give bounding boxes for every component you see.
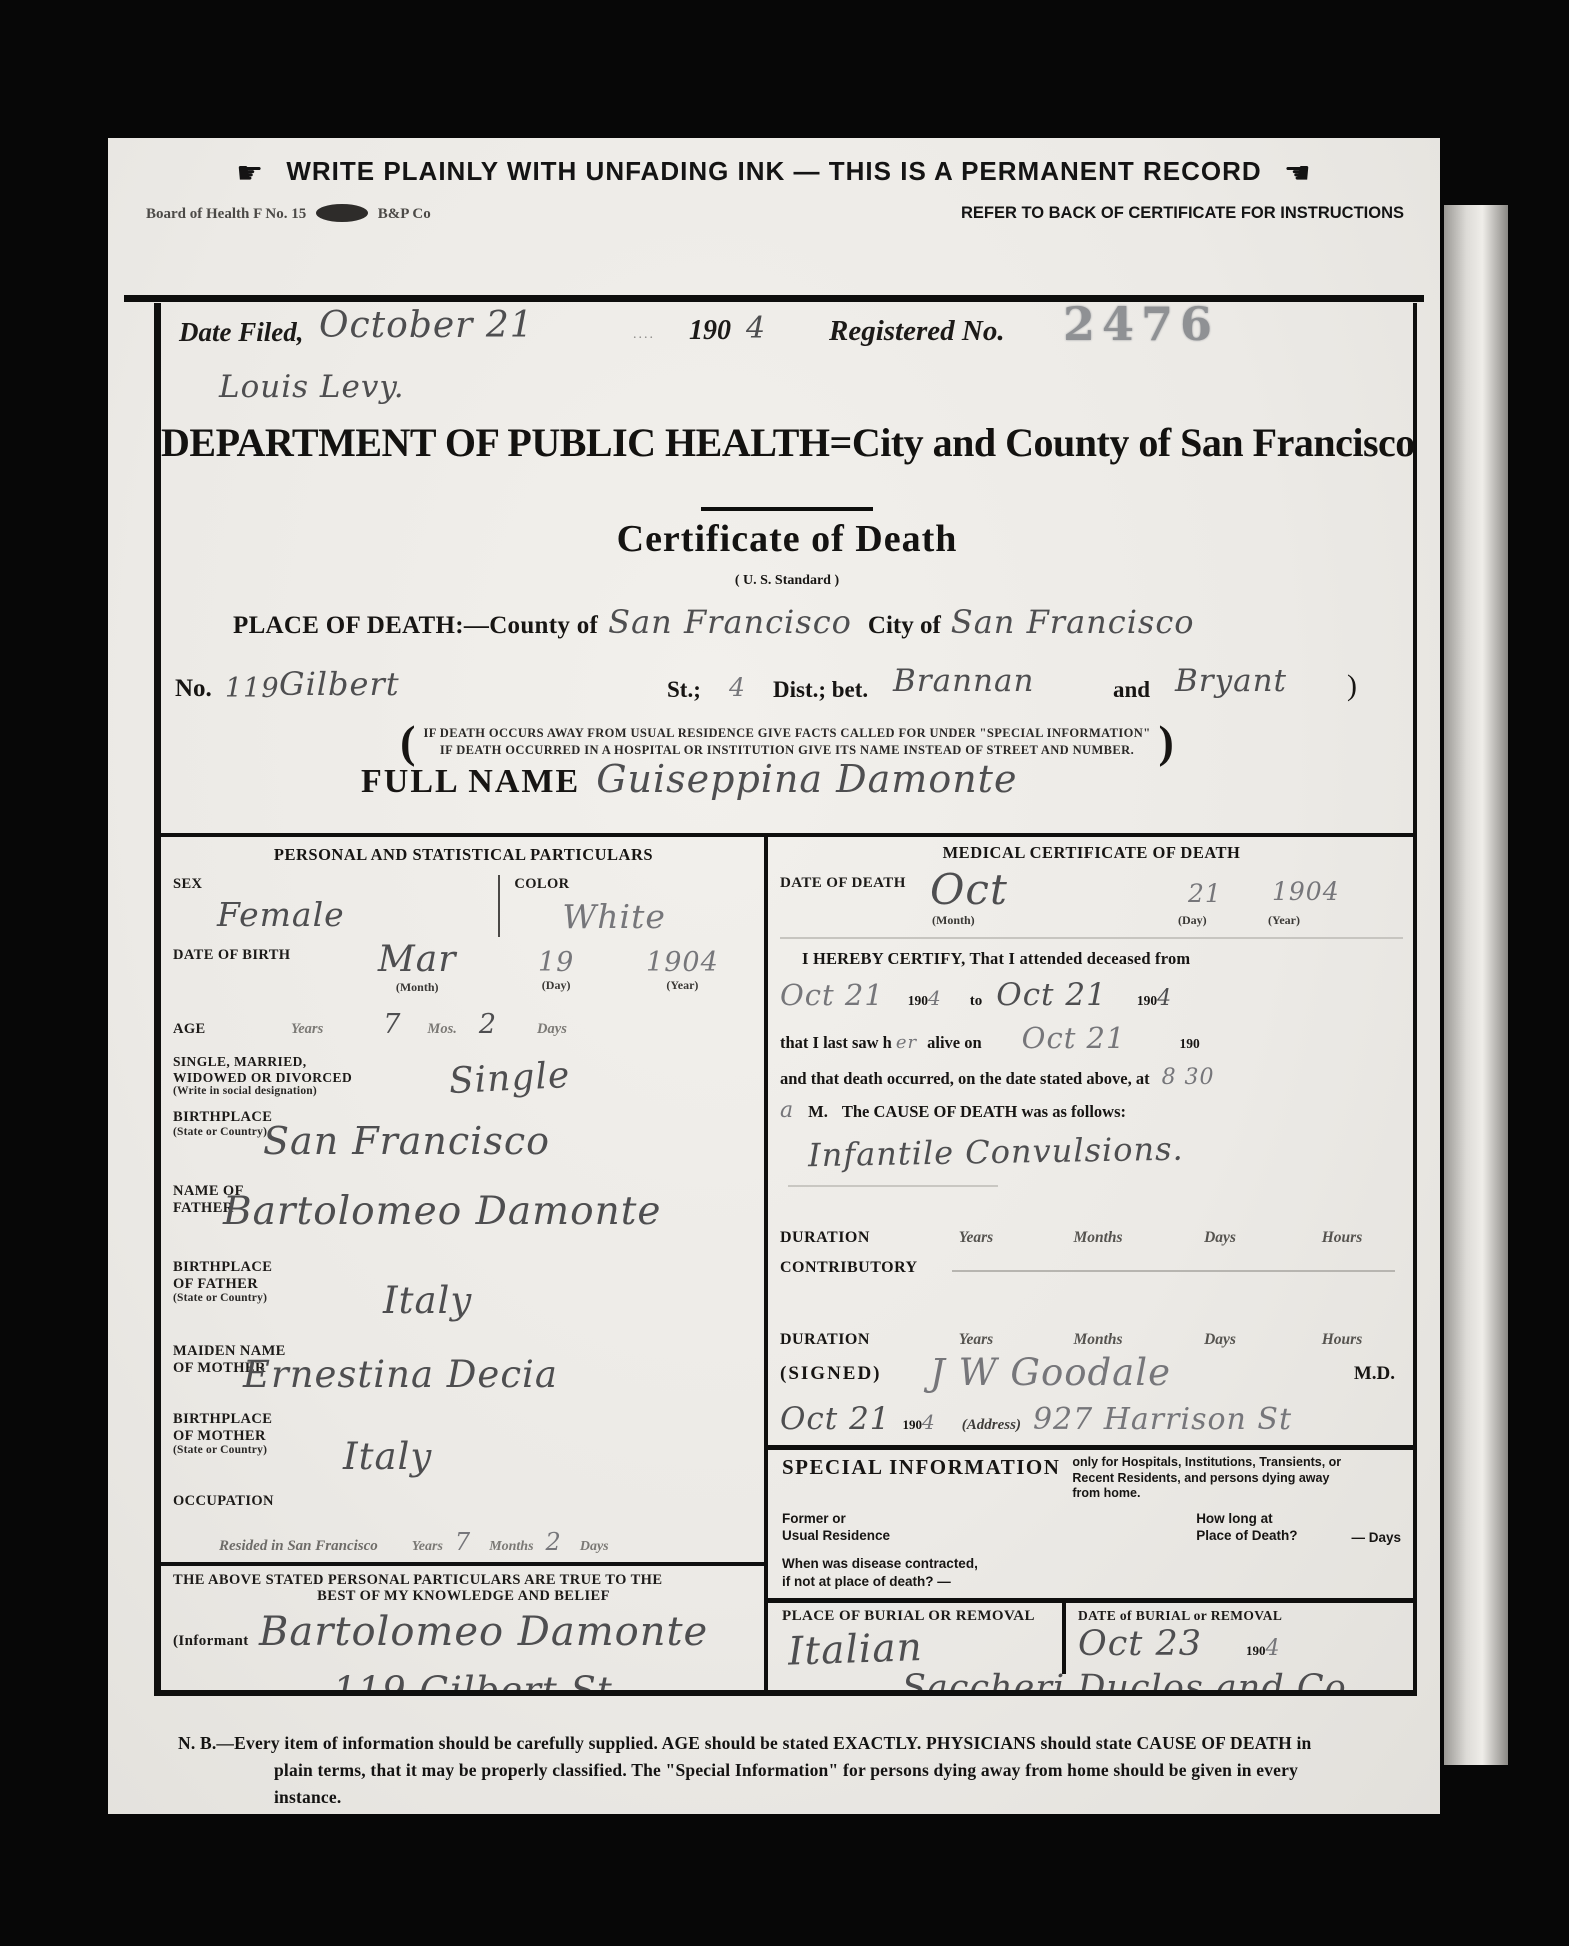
informant-address-row: (Address 119 Gilbert St: [173, 1671, 754, 1690]
certificate-page: ☛ WRITE PLAINLY WITH UNFADING INK — THIS…: [108, 138, 1440, 1814]
filing-row: Date Filed, October 21 .... 190 4 Regist…: [161, 303, 1413, 367]
informant-value: Bartolomeo Damonte: [259, 1609, 708, 1655]
resided-years-value: 7: [455, 1528, 471, 1556]
street-no-label: No.: [175, 675, 212, 703]
dob-year: 1904: [611, 939, 754, 978]
duration-row-1: DURATION Years Months Days Hours: [780, 1229, 1403, 1247]
duration2-years: Years: [915, 1331, 1037, 1349]
occupation-label: OCCUPATION: [173, 1493, 754, 1510]
occurred-text: and that death occurred, on the date sta…: [780, 1069, 1150, 1089]
board-left-text: Board of Health F No. 15: [146, 206, 306, 222]
birthplace-row: BIRTHPLACE (State or Country) San Franci…: [173, 1107, 754, 1179]
scanned-death-certificate: ☛ WRITE PLAINLY WITH UNFADING INK — THIS…: [0, 0, 1569, 1946]
st-label: St.;: [667, 677, 701, 703]
manicule-left-icon: ☚: [1284, 156, 1312, 191]
signed-row: (SIGNED) J W Goodale M.D.: [780, 1351, 1403, 1399]
dod-month-caption: (Month): [932, 913, 975, 928]
burial-date-value: Oct 23: [1078, 1624, 1202, 1664]
board-left: Board of Health F No. 15 B&P Co: [146, 204, 431, 223]
sex-label: SEX: [173, 876, 202, 892]
days-suffix: — Days: [1351, 1530, 1401, 1545]
former-line-1: Former or: [782, 1510, 890, 1528]
certificate-title: Certificate of Death: [161, 517, 1413, 561]
duration-label-1: DURATION: [780, 1229, 915, 1247]
personal-header: PERSONAL AND STATISTICAL PARTICULARS: [173, 845, 754, 865]
how-long-label: How long at Place of Death?: [1196, 1510, 1297, 1545]
undertaker-value: Saccheri Duclos and Co: [902, 1668, 1347, 1690]
dob-label: DATE OF BIRTH: [173, 939, 333, 995]
dod-day-caption: (Day): [1178, 913, 1207, 928]
burial-year-printed: 190: [1246, 1643, 1266, 1659]
dod-year-written: 4: [1323, 877, 1340, 906]
attended-to-year-written: 4: [1157, 986, 1172, 1011]
truth-line-2: BEST OF MY KNOWLEDGE AND BELIEF: [173, 1588, 754, 1605]
attended-dates-line: Oct 21 190 4 to Oct 21 190 4: [780, 977, 1403, 1013]
note-paren-close: ): [1159, 715, 1174, 768]
columns: PERSONAL AND STATISTICAL PARTICULARS SEX…: [161, 833, 1413, 1690]
dob-day-caption: (Day): [501, 978, 610, 993]
age-mos-label: Mos.: [427, 1021, 456, 1038]
between-street-b: Bryant: [1175, 663, 1287, 699]
street-row: No. 119 Gilbert St.; 4 Dist.; bet. Brann…: [161, 663, 1413, 713]
registered-no-label: Registered No.: [829, 315, 1005, 348]
place-of-death-row: PLACE OF DEATH:—County of San Francisco …: [233, 603, 1195, 641]
attended-to-date: Oct 21: [996, 977, 1107, 1013]
between-street-a: Brannan: [893, 663, 1034, 699]
district-label: Dist.; bet.: [773, 677, 868, 703]
certify-line: I HEREBY CERTIFY, That I attended deceas…: [780, 949, 1403, 969]
resided-years-label: Years: [412, 1539, 443, 1555]
mother-name-row: MAIDEN NAME OF MOTHER Ernestina Decia: [173, 1339, 754, 1411]
top-rule: [124, 295, 1424, 302]
full-name-value: Guiseppina Damonte: [596, 757, 1017, 801]
burial-section: PLACE OF BURIAL OR REMOVAL Italian DATE …: [768, 1598, 1413, 1674]
signed-date: Oct 21: [780, 1401, 891, 1437]
date-filed-value: October 21: [319, 305, 534, 346]
mother-bp-label: BIRTHPLACE: [173, 1411, 272, 1428]
personal-divider: [161, 1562, 764, 1566]
title-rule: [701, 507, 873, 511]
contracted-line-2: if not at place of death? —: [782, 1573, 1401, 1591]
informant-label: (Informant: [173, 1633, 249, 1650]
dod-month: Oct: [930, 865, 1008, 914]
refer-text: REFER TO BACK OF CERTIFICATE FOR INSTRUC…: [961, 204, 1404, 223]
resided-months-value: 2: [546, 1528, 562, 1556]
age-label: AGE: [173, 1021, 291, 1038]
undertaker-row: UNDERTAKER Saccheri Duclos and Co: [780, 1672, 1403, 1690]
place-county-value: San Francisco: [608, 603, 852, 641]
attended-from-date: Oct 21: [780, 978, 884, 1012]
last-saw-date: Oct 21: [1022, 1021, 1126, 1055]
cause-intro-line: a M. The CAUSE OF DEATH was as follows:: [780, 1098, 1403, 1123]
age-years-label: Years: [291, 1021, 323, 1038]
nb-footnote: N. B.—Every item of information should b…: [178, 1730, 1318, 1811]
color-label: COLOR: [514, 876, 569, 892]
board-stamp-icon: [316, 204, 368, 222]
time-value: 8 30: [1162, 1065, 1215, 1090]
duration1-months: Months: [1037, 1229, 1159, 1247]
blank-line: [788, 1185, 998, 1187]
former-residence-label: Former or Usual Residence: [782, 1510, 890, 1545]
to-label: to: [970, 993, 983, 1010]
place-of-death-label: PLACE OF DEATH:—County of: [233, 612, 598, 640]
last-saw-year: 190: [1179, 1036, 1199, 1052]
truth-line-1: THE ABOVE STATED PERSONAL PARTICULARS AR…: [173, 1572, 754, 1589]
board-left-text2: B&P Co: [378, 206, 431, 222]
father-value: Bartolomeo Damonte: [223, 1189, 661, 1234]
resided-label: Resided in San Francisco: [219, 1538, 378, 1555]
father-birthplace-row: BIRTHPLACE OF FATHER (State or Country) …: [173, 1257, 754, 1339]
marital-row: SINGLE, MARRIED, WIDOWED OR DIVORCED (Wr…: [173, 1054, 754, 1099]
age-days-value: 2: [479, 1009, 497, 1040]
duration1-days: Days: [1159, 1229, 1281, 1247]
signed-year-written: 4: [922, 1410, 936, 1434]
certificate-box: Date Filed, October 21 .... 190 4 Regist…: [154, 303, 1417, 1696]
resided-months-label: Months: [489, 1539, 533, 1555]
dod-year-caption: (Year): [1268, 913, 1300, 928]
informant-row: (Informant Bartolomeo Damonte: [173, 1609, 754, 1671]
m-label: M.: [808, 1102, 828, 1122]
mother-birthplace-row: BIRTHPLACE OF MOTHER (State or Country) …: [173, 1411, 754, 1491]
manicule-right-icon: ☛: [236, 156, 264, 191]
mother-bp-value: Italy: [343, 1435, 432, 1478]
contributory-label: CONTRIBUTORY: [780, 1259, 918, 1277]
special-row-1: Former or Usual Residence How long at Pl…: [782, 1510, 1401, 1545]
marital-label-3: (Write in social designation): [173, 1085, 413, 1099]
md-label: M.D.: [1354, 1363, 1395, 1385]
note-line-2: IF DEATH OCCURRED IN A HOSPITAL OR INSTI…: [423, 743, 1150, 758]
burial-date-cell: DATE of BURIAL or REMOVAL Oct 23 190 4: [1066, 1603, 1413, 1674]
close-paren: ): [1347, 669, 1357, 703]
banner-text: WRITE PLAINLY WITH UNFADING INK — THIS I…: [286, 156, 1261, 186]
registered-no-value: 2476: [1063, 297, 1219, 351]
howlong-line-1: How long at: [1196, 1510, 1297, 1528]
us-standard: ( U. S. Standard ): [161, 573, 1413, 589]
street-number: 119: [225, 673, 280, 704]
cause-intro: The CAUSE OF DEATH was as follows:: [842, 1102, 1126, 1122]
duration1-hours: Hours: [1281, 1229, 1403, 1247]
dob-day: 19: [501, 939, 610, 978]
full-name-label: FULL NAME: [361, 763, 580, 801]
adjacent-page-edge: [1444, 205, 1508, 1765]
date-of-death-label: DATE OF DEATH: [780, 875, 906, 892]
marital-value: Single: [448, 1055, 571, 1102]
contracted-line-1: When was disease contracted,: [782, 1555, 1401, 1573]
mother-bp-subcaption: (State or Country): [173, 1444, 272, 1458]
banner: ☛ WRITE PLAINLY WITH UNFADING INK — THIS…: [108, 156, 1440, 187]
special-title-line: SPECIAL INFORMATION only for Hospitals, …: [782, 1455, 1401, 1502]
dod-day: 21: [1188, 879, 1222, 908]
duration-label-2: DURATION: [780, 1331, 915, 1349]
filing-year-written: 4: [746, 311, 766, 346]
dob-row: DATE OF BIRTH Mar (Month) 19 (Day): [173, 939, 754, 995]
dod-year: 1904: [1272, 877, 1340, 906]
last-saw-text-b: alive on: [927, 1033, 982, 1053]
date-filed-label: Date Filed,: [179, 317, 303, 348]
marital-label-2: WIDOWED OR DIVORCED: [173, 1070, 413, 1086]
clerk-signature: Louis Levy.: [219, 369, 405, 405]
district-value: 4: [729, 673, 746, 702]
duration2-hours: Hours: [1281, 1331, 1403, 1349]
full-name-row: FULL NAME Guiseppina Damonte: [361, 757, 1017, 801]
department-title: DEPARTMENT OF PUBLIC HEALTH=City and Cou…: [161, 419, 1413, 466]
last-saw-line: that I last saw h er alive on Oct 21 190: [780, 1021, 1403, 1055]
medical-header: MEDICAL CERTIFICATE OF DEATH: [780, 843, 1403, 863]
birthplace-value: San Francisco: [263, 1119, 550, 1163]
duration2-months: Months: [1037, 1331, 1159, 1349]
date-of-death-row: DATE OF DEATH Oct (Month) 21 (Day) 1904 …: [780, 873, 1403, 939]
age-days-label: Days: [537, 1021, 567, 1038]
signed-date-row: Oct 21 190 4 (Address) 927 Harrison St: [780, 1401, 1403, 1437]
howlong-line-2: Place of Death?: [1196, 1527, 1297, 1545]
special-subtitle: only for Hospitals, Institutions, Transi…: [1072, 1455, 1357, 1502]
signed-label: (SIGNED): [780, 1363, 882, 1385]
duration-row-2: DURATION Years Months Days Hours: [780, 1331, 1403, 1349]
age-months-value: 7: [383, 1009, 401, 1040]
former-line-2: Usual Residence: [782, 1527, 890, 1545]
attended-from-year-printed: 190: [908, 993, 928, 1009]
informant-address-value: 119 Gilbert St: [333, 1669, 613, 1690]
contributory-row: CONTRIBUTORY: [780, 1259, 1403, 1277]
burial-place-cell: PLACE OF BURIAL OR REMOVAL Italian: [768, 1603, 1066, 1674]
special-title: SPECIAL INFORMATION: [782, 1455, 1060, 1479]
death-occurred-line: and that death occurred, on the date sta…: [780, 1065, 1403, 1090]
filing-dots: ....: [633, 327, 655, 343]
and-label: and: [1113, 677, 1150, 703]
ampm-value: a: [780, 1098, 794, 1123]
birthplace-label: BIRTHPLACE: [173, 1109, 272, 1126]
burial-date-label: DATE of BURIAL or REMOVAL: [1078, 1608, 1407, 1624]
color-cell: COLOR White: [500, 875, 666, 937]
signed-value: J W Goodale: [930, 1351, 1171, 1394]
duration2-days: Days: [1159, 1331, 1281, 1349]
marital-label-1: SINGLE, MARRIED,: [173, 1054, 413, 1070]
personal-column: PERSONAL AND STATISTICAL PARTICULARS SEX…: [161, 837, 768, 1690]
dob-year-caption: (Year): [611, 978, 754, 993]
sex-value: Female: [217, 895, 498, 934]
dob-month: Mar: [333, 939, 501, 980]
note-line-1: IF DEATH OCCURS AWAY FROM USUAL RESIDENC…: [423, 726, 1150, 741]
color-value: White: [562, 897, 666, 936]
contributory-blank: [952, 1270, 1395, 1272]
dod-year-printed: 190: [1272, 877, 1323, 906]
signed-address-label: (Address): [962, 1417, 1021, 1434]
signed-year-printed: 190: [903, 1417, 923, 1433]
board-line: Board of Health F No. 15 B&P Co REFER TO…: [146, 204, 1404, 223]
street-name: Gilbert: [279, 665, 400, 703]
resided-row: Resided in San Francisco Years 7 Months …: [219, 1528, 754, 1556]
dob-month-caption: (Month): [333, 980, 501, 995]
age-row: AGE Years 7 Mos. 2 Days: [173, 1009, 754, 1040]
attended-to-year-printed: 190: [1137, 993, 1157, 1009]
place-city-value: San Francisco: [951, 603, 1195, 641]
special-information-section: SPECIAL INFORMATION only for Hospitals, …: [768, 1445, 1413, 1590]
cause-of-death-value: Infantile Convulsions.: [808, 1126, 1404, 1174]
attended-from-year-written: 4: [928, 986, 942, 1010]
resided-days-label: Days: [580, 1539, 609, 1555]
place-city-label: City of: [868, 612, 941, 640]
last-saw-text-a: that I last saw h: [780, 1033, 892, 1053]
father-name-row: NAME OF FATHER Bartolomeo Damonte: [173, 1179, 754, 1257]
father-bp-label2: OF FATHER: [173, 1276, 272, 1293]
truth-statement: THE ABOVE STATED PERSONAL PARTICULARS AR…: [173, 1572, 754, 1605]
disease-contracted-label: When was disease contracted, if not at p…: [782, 1555, 1401, 1590]
mother-bp-label2: OF MOTHER: [173, 1428, 272, 1445]
father-bp-subcaption: (State or Country): [173, 1292, 272, 1306]
burial-place-value: Italian: [787, 1621, 1056, 1675]
last-saw-blank: er: [896, 1032, 917, 1053]
certify-block: I HEREBY CERTIFY, That I attended deceas…: [780, 949, 1403, 1123]
sex-cell: SEX Female: [173, 875, 500, 937]
sex-color-row: SEX Female COLOR White: [173, 875, 754, 937]
burial-year-written: 4: [1266, 1636, 1281, 1661]
filing-year-printed: 190: [689, 315, 731, 347]
medical-column: MEDICAL CERTIFICATE OF DEATH DATE OF DEA…: [768, 837, 1413, 1690]
father-bp-label: BIRTHPLACE: [173, 1259, 272, 1276]
signed-address-value: 927 Harrison St: [1033, 1402, 1292, 1437]
mother-value: Ernestina Decia: [243, 1353, 558, 1396]
father-bp-value: Italy: [383, 1279, 472, 1322]
birthplace-subcaption: (State or Country): [173, 1126, 272, 1140]
duration1-years: Years: [915, 1229, 1037, 1247]
